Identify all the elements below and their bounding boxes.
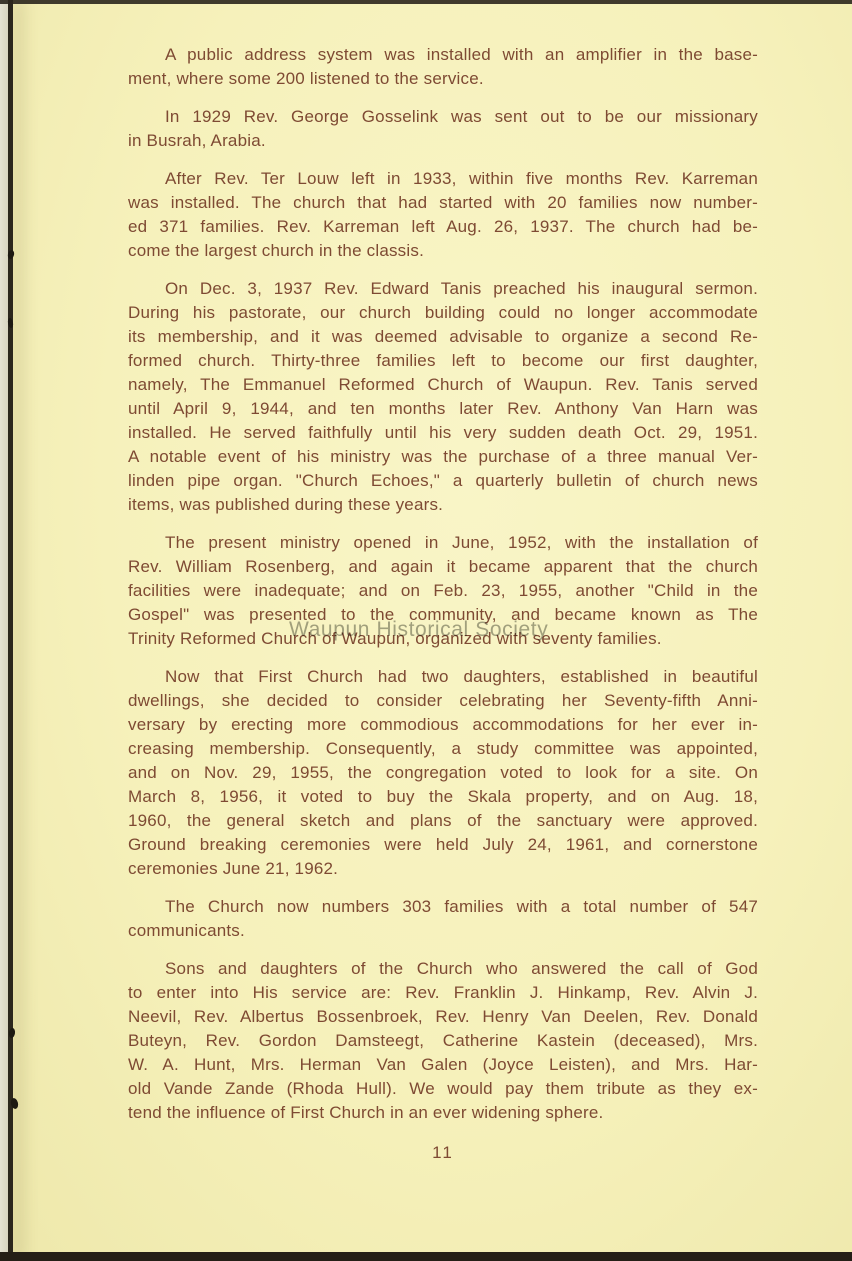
text-line: ceremonies June 21, 1962. [128, 857, 758, 881]
text-line: Trinity Reformed Church of Waupun, organ… [128, 627, 758, 651]
text-line: installed. He served faithfully until hi… [128, 421, 758, 445]
text-line: creasing membership. Consequently, a stu… [128, 737, 758, 761]
paragraph: Sons and daughters of the Church who ans… [128, 957, 758, 1125]
text-line: ed 371 families. Rev. Karreman left Aug.… [128, 215, 758, 239]
text-line: communicants. [128, 919, 758, 943]
text-line: its membership, and it was deemed advisa… [128, 325, 758, 349]
binding-speck [7, 249, 15, 259]
photo-edge-top [0, 0, 852, 4]
paragraph: In 1929 Rev. George Gosselink was sent o… [128, 105, 758, 153]
text-line: facilities were inadequate; and on Feb. … [128, 579, 758, 603]
text-line: and on Nov. 29, 1955, the congregation v… [128, 761, 758, 785]
body-text: A public address system was installed wi… [128, 43, 758, 1139]
text-line: versary by erecting more commodious acco… [128, 713, 758, 737]
text-line: March 8, 1956, it voted to buy the Skala… [128, 785, 758, 809]
text-line: After Rev. Ter Louw left in 1933, within… [128, 167, 758, 191]
paragraph: On Dec. 3, 1937 Rev. Edward Tanis preach… [128, 277, 758, 517]
text-line: Rev. William Rosenberg, and again it bec… [128, 555, 758, 579]
page-number: 11 [128, 1143, 758, 1163]
text-line: in Busrah, Arabia. [128, 129, 758, 153]
page-edge-light [0, 0, 8, 1261]
text-line: tend the influence of First Church in an… [128, 1101, 758, 1125]
photo-edge-bottom [0, 1252, 852, 1261]
text-line: old Vande Zande (Rhoda Hull). We would p… [128, 1077, 758, 1101]
text-line: During his pastorate, our church buildin… [128, 301, 758, 325]
text-line: items, was published during these years. [128, 493, 758, 517]
text-line: ment, where some 200 listened to the ser… [128, 67, 758, 91]
text-line: A public address system was installed wi… [128, 43, 758, 67]
binding-speck [8, 1028, 15, 1039]
text-line: Sons and daughters of the Church who ans… [128, 957, 758, 981]
text-line: Now that First Church had two daughters,… [128, 665, 758, 689]
text-line: W. A. Hunt, Mrs. Herman Van Galen (Joyce… [128, 1053, 758, 1077]
text-line: 1960, the general sketch and plans of th… [128, 809, 758, 833]
text-line: linden pipe organ. "Church Echoes," a qu… [128, 469, 758, 493]
text-line: Gospel" was presented to the community, … [128, 603, 758, 627]
paragraph: After Rev. Ter Louw left in 1933, within… [128, 167, 758, 263]
text-line: come the largest church in the classis. [128, 239, 758, 263]
paragraph: A public address system was installed wi… [128, 43, 758, 91]
text-line: dwellings, she decided to consider celeb… [128, 689, 758, 713]
paragraph: The Church now numbers 303 families with… [128, 895, 758, 943]
text-line: until April 9, 1944, and ten months late… [128, 397, 758, 421]
paragraph: Now that First Church had two daughters,… [128, 665, 758, 881]
text-line: A notable event of his ministry was the … [128, 445, 758, 469]
text-line: On Dec. 3, 1937 Rev. Edward Tanis preach… [128, 277, 758, 301]
text-line: Buteyn, Rev. Gordon Damsteegt, Catherine… [128, 1029, 758, 1053]
text-line: Ground breaking ceremonies were held Jul… [128, 833, 758, 857]
scanned-book-page: A public address system was installed wi… [0, 0, 852, 1261]
text-line: to enter into His service are: Rev. Fran… [128, 981, 758, 1005]
text-line: formed church. Thirty-three families lef… [128, 349, 758, 373]
page-binding-edge [8, 0, 13, 1261]
paragraph: The present ministry opened in June, 195… [128, 531, 758, 651]
text-line: In 1929 Rev. George Gosselink was sent o… [128, 105, 758, 129]
text-line: was installed. The church that had start… [128, 191, 758, 215]
text-line: Neevil, Rev. Albertus Bossenbroek, Rev. … [128, 1005, 758, 1029]
text-line: The Church now numbers 303 families with… [128, 895, 758, 919]
text-line: namely, The Emmanuel Reformed Church of … [128, 373, 758, 397]
text-line: The present ministry opened in June, 195… [128, 531, 758, 555]
